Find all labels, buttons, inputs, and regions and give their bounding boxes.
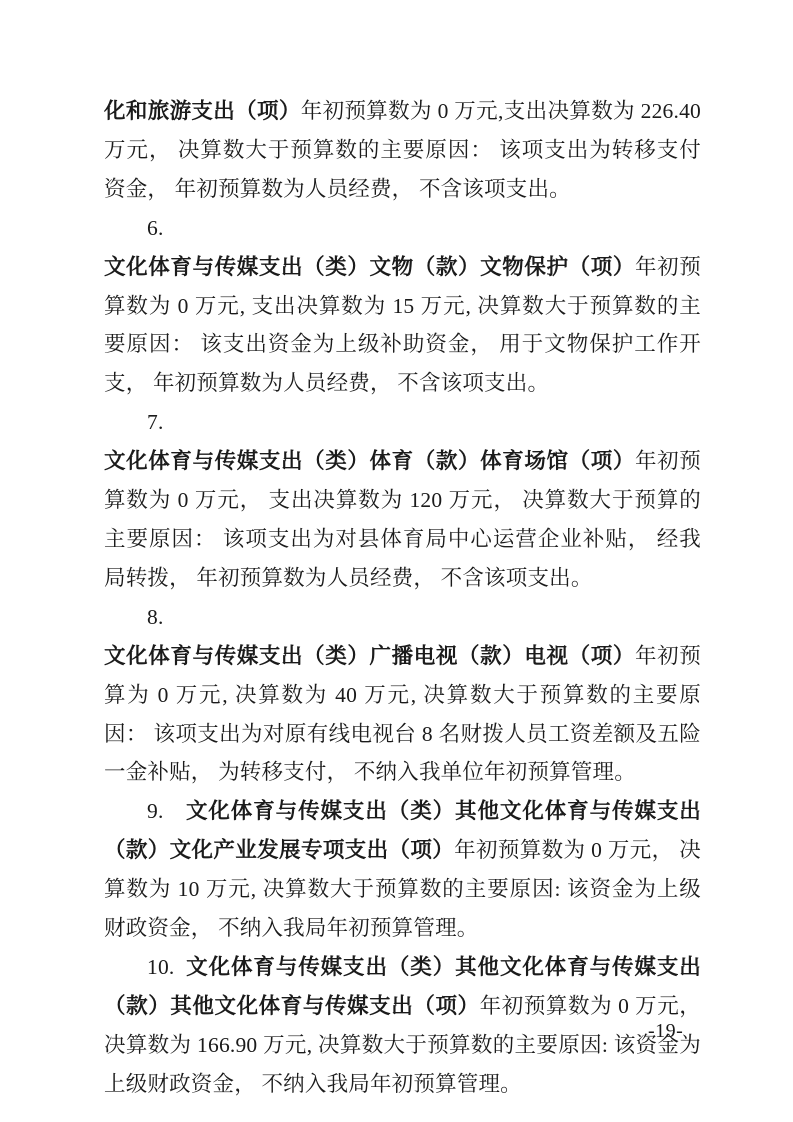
item-number: 6. xyxy=(147,216,185,240)
paragraph-item-10: 10. 文化体育与传媒支出（类）其他文化体育与传媒支出（款）其他文化体育与传媒支… xyxy=(104,948,701,1104)
paragraph-item-8: 8. 文化体育与传媒支出（类）广播电视（款）电视（项）年初预算为 0 万元, 决… xyxy=(104,598,701,793)
paragraph-item-6: 6. 文化体育与传媒支出（类）文物（款）文物保护（项）年初预算数为 0 万元, … xyxy=(104,209,701,404)
item-number: 10. xyxy=(147,955,185,979)
item-number: 9. xyxy=(147,799,185,823)
paragraph-item-7: 7. 文化体育与传媒支出（类）体育（款）体育场馆（项）年初预算数为 0 万元， … xyxy=(104,403,701,598)
paragraph-item-9: 9. 文化体育与传媒支出（类）其他文化体育与传媒支出（款）文化产业发展专项支出（… xyxy=(104,792,701,948)
item-heading-bold: 文化体育与传媒支出（类）文物（款）文物保护（项） xyxy=(104,255,635,279)
text-block: 化和旅游支出（项）年初预算数为 0 万元,支出决算数为 226.40 万元， 决… xyxy=(104,92,701,1104)
item-heading-bold: 文化体育与传媒支出（类）体育（款）体育场馆（项） xyxy=(104,449,635,473)
paragraph-continuation: 化和旅游支出（项）年初预算数为 0 万元,支出决算数为 226.40 万元， 决… xyxy=(104,92,701,209)
document-page: { "page": { "number_label": "-19-" }, "p… xyxy=(0,0,793,1122)
page-number: -19- xyxy=(648,1019,683,1043)
item-number: 8. xyxy=(147,605,185,629)
item-heading-bold: 文化体育与传媒支出（类）广播电视（款）电视（项） xyxy=(104,644,635,668)
paragraph-lead-bold: 化和旅游支出（项） xyxy=(104,99,301,123)
item-number: 7. xyxy=(147,410,185,434)
